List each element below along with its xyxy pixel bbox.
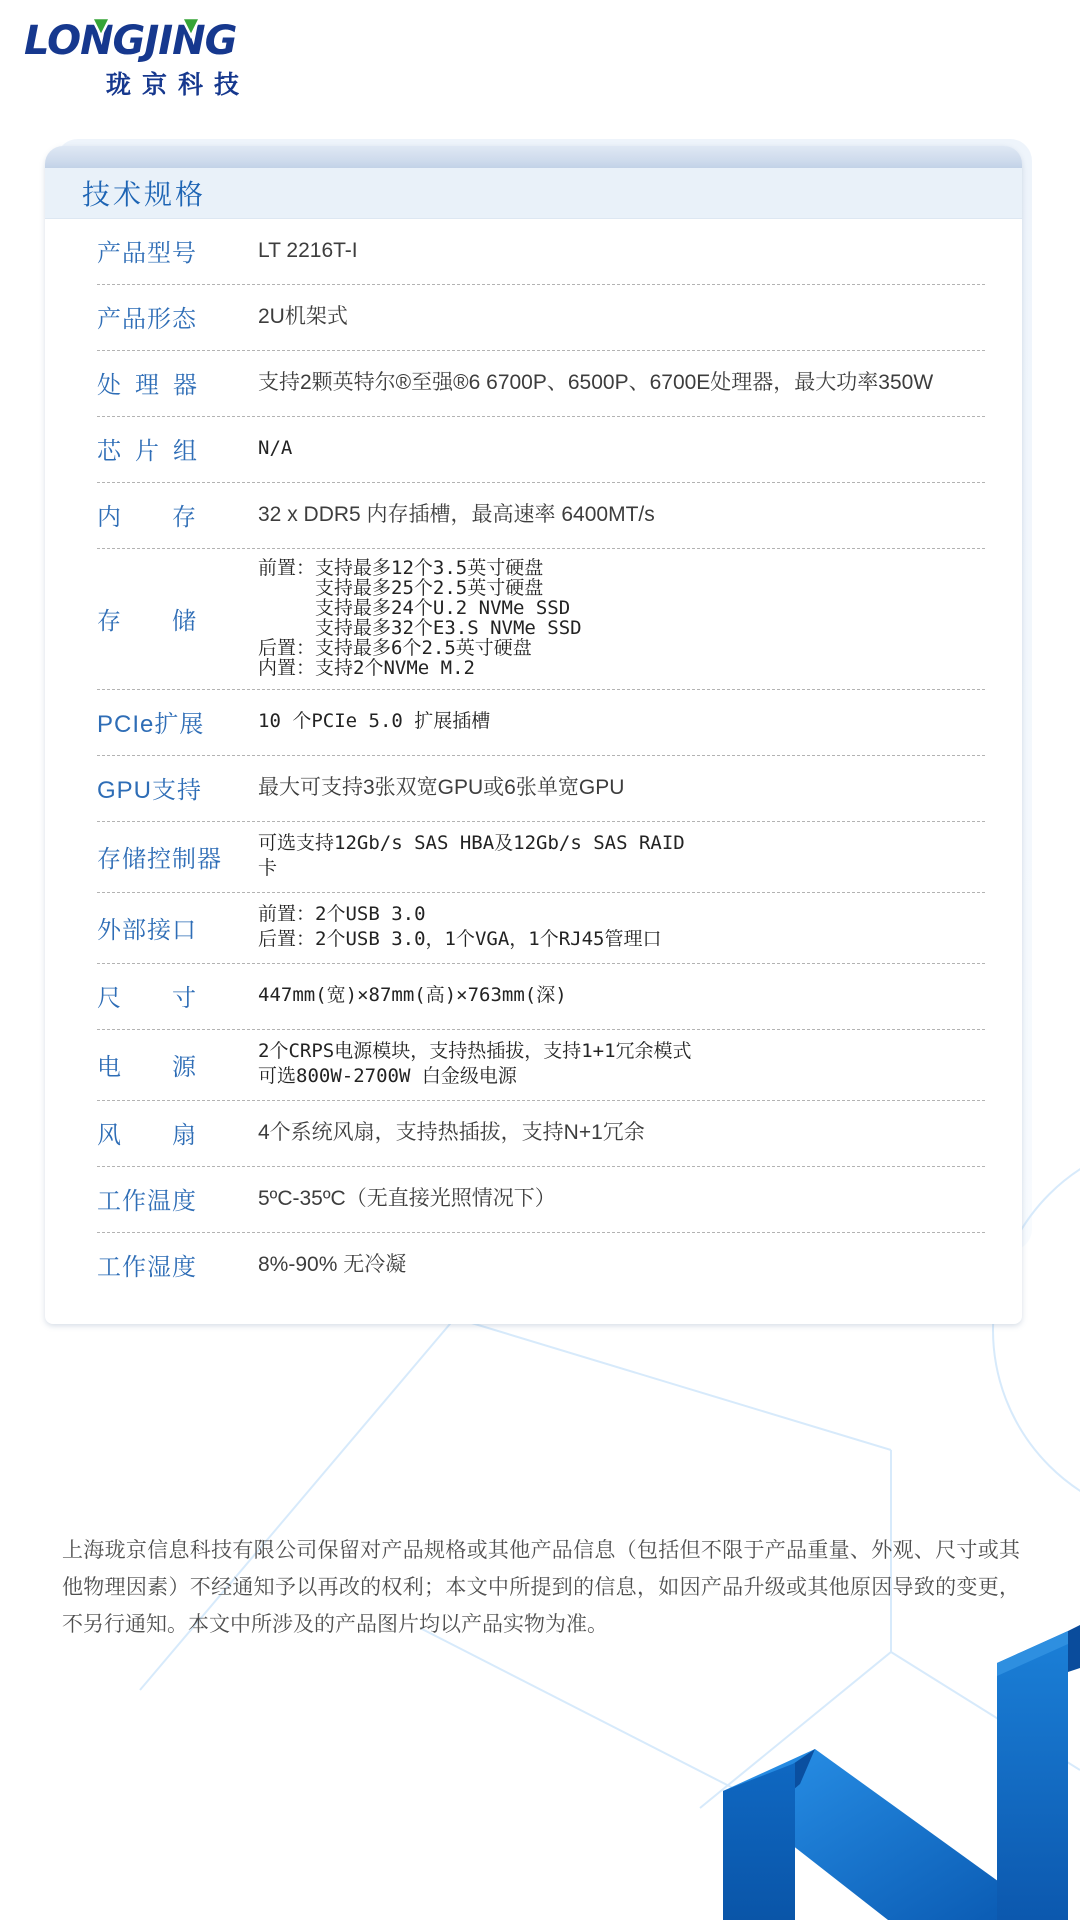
spec-row: 风 扇4个系统风扇，支持热插拔，支持N+1冗余 bbox=[97, 1101, 985, 1167]
spec-value-line: 2U机架式 bbox=[258, 303, 348, 331]
spec-row: PCIe扩展10 个PCIe 5.0 扩展插槽 bbox=[97, 690, 985, 756]
spec-value-line: 后置：支持最多6个2.5英寸硬盘 bbox=[258, 638, 582, 658]
spec-row: 处 理 器支持2颗英特尔®至强®6 6700P、6500P、6700E处理器，最… bbox=[97, 351, 985, 417]
logo-wordmark-graphic: LONGJING bbox=[24, 12, 264, 64]
spec-value-line: 可选800W-2700W 白金级电源 bbox=[258, 1064, 692, 1089]
logo-subtitle: 珑京科技 bbox=[106, 65, 264, 101]
spec-row: 存储控制器可选支持12Gb/s SAS HBA及12Gb/s SAS RAID卡 bbox=[97, 822, 985, 893]
spec-value: 447mm(宽)×87mm(高)×763mm(深) bbox=[258, 983, 567, 1008]
spec-card: 技术规格 产品型号LT 2216T-I产品形态2U机架式处 理 器支持2颗英特尔… bbox=[45, 146, 1022, 1324]
card-header: 技术规格 bbox=[45, 168, 1022, 219]
spec-value: LT 2216T-I bbox=[258, 237, 358, 265]
spec-value: 2U机架式 bbox=[258, 303, 348, 331]
spec-row: GPU支持最大可支持3张双宽GPU或6张单宽GPU bbox=[97, 756, 985, 822]
spec-value-line: 前置：2个USB 3.0 bbox=[258, 902, 661, 927]
n-ribbon-graphic bbox=[723, 1625, 1080, 1920]
spec-value: 2个CRPS电源模块，支持热插拔，支持1+1冗余模式可选800W-2700W 白… bbox=[258, 1039, 692, 1089]
disclaimer-text: 上海珑京信息科技有限公司保留对产品规格或其他产品信息（包括但不限于产品重量、外观… bbox=[62, 1532, 1020, 1643]
spec-row: 芯 片 组N/A bbox=[97, 417, 985, 483]
card-title: 技术规格 bbox=[82, 173, 206, 213]
spec-label: 内 存 bbox=[97, 497, 258, 532]
page: { "logo": { "wordmark": "LONGJING", "sub… bbox=[0, 0, 1080, 1920]
spec-row: 存 储前置：支持最多12个3.5英寸硬盘支持最多25个2.5英寸硬盘支持最多24… bbox=[97, 549, 985, 690]
spec-value-line: 可选支持12Gb/s SAS HBA及12Gb/s SAS RAID bbox=[258, 831, 685, 856]
spec-label: GPU支持 bbox=[97, 770, 258, 805]
spec-label: 处 理 器 bbox=[97, 365, 258, 400]
spec-label: 存 储 bbox=[97, 601, 258, 636]
spec-value-line: 支持2颗英特尔®至强®6 6700P、6500P、6700E处理器，最大功率35… bbox=[258, 369, 933, 397]
spec-value-line: 10 个PCIe 5.0 扩展插槽 bbox=[258, 709, 490, 734]
card-header-band bbox=[45, 146, 1022, 168]
spec-label: 工作湿度 bbox=[97, 1247, 258, 1282]
spec-label: 工作温度 bbox=[97, 1181, 258, 1216]
spec-row: 外部接口前置：2个USB 3.0后置：2个USB 3.0，1个VGA，1个RJ4… bbox=[97, 893, 985, 964]
spec-label: 风 扇 bbox=[97, 1115, 258, 1150]
spec-row: 产品型号LT 2216T-I bbox=[97, 219, 985, 285]
spec-row: 工作湿度8%-90% 无冷凝 bbox=[97, 1233, 985, 1298]
logo: LONGJING 珑京科技 bbox=[24, 12, 264, 101]
spec-row: 内 存32 x DDR5 内存插槽，最高速率 6400MT/s bbox=[97, 483, 985, 549]
spec-value-line: 后置：2个USB 3.0，1个VGA，1个RJ45管理口 bbox=[258, 927, 661, 952]
spec-row: 尺 寸447mm(宽)×87mm(高)×763mm(深) bbox=[97, 964, 985, 1030]
spec-label: 产品形态 bbox=[97, 299, 258, 334]
spec-label: 电 源 bbox=[97, 1047, 258, 1082]
spec-value-line: 支持最多32个E3.S NVMe SSD bbox=[315, 618, 582, 638]
spec-value-line: LT 2216T-I bbox=[258, 237, 358, 265]
spec-value: 可选支持12Gb/s SAS HBA及12Gb/s SAS RAID卡 bbox=[258, 831, 685, 881]
spec-table: 产品型号LT 2216T-I产品形态2U机架式处 理 器支持2颗英特尔®至强®6… bbox=[45, 219, 1022, 1324]
spec-value-line: 内置：支持2个NVMe M.2 bbox=[258, 658, 582, 678]
spec-value-line: 4个系统风扇，支持热插拔，支持N+1冗余 bbox=[258, 1119, 645, 1147]
spec-value-line: 支持最多24个U.2 NVMe SSD bbox=[315, 598, 582, 618]
spec-value-line: 32 x DDR5 内存插槽，最高速率 6400MT/s bbox=[258, 501, 655, 529]
spec-value-line: N/A bbox=[258, 436, 292, 461]
spec-value-line: 最大可支持3张双宽GPU或6张单宽GPU bbox=[258, 774, 624, 802]
spec-label: 存储控制器 bbox=[97, 839, 258, 874]
spec-value-line: 5ºC-35ºC（无直接光照情况下） bbox=[258, 1185, 556, 1213]
spec-value: 支持2颗英特尔®至强®6 6700P、6500P、6700E处理器，最大功率35… bbox=[258, 369, 933, 397]
spec-value-line: 支持最多25个2.5英寸硬盘 bbox=[315, 578, 582, 598]
spec-label: 尺 寸 bbox=[97, 978, 258, 1013]
spec-label: 芯 片 组 bbox=[97, 431, 258, 466]
spec-value-line: 8%-90% 无冷凝 bbox=[258, 1251, 406, 1279]
spec-value: 最大可支持3张双宽GPU或6张单宽GPU bbox=[258, 774, 624, 802]
spec-value: 32 x DDR5 内存插槽，最高速率 6400MT/s bbox=[258, 501, 655, 529]
spec-value: N/A bbox=[258, 436, 292, 461]
spec-label: 产品型号 bbox=[97, 233, 258, 268]
spec-row: 工作温度5ºC-35ºC（无直接光照情况下） bbox=[97, 1167, 985, 1233]
spec-value: 前置：2个USB 3.0后置：2个USB 3.0，1个VGA，1个RJ45管理口 bbox=[258, 902, 661, 952]
spec-value-line: 2个CRPS电源模块，支持热插拔，支持1+1冗余模式 bbox=[258, 1039, 692, 1064]
spec-value-line: 卡 bbox=[258, 856, 685, 881]
spec-value: 5ºC-35ºC（无直接光照情况下） bbox=[258, 1185, 556, 1213]
spec-row: 电 源2个CRPS电源模块，支持热插拔，支持1+1冗余模式可选800W-2700… bbox=[97, 1030, 985, 1101]
spec-value: 8%-90% 无冷凝 bbox=[258, 1251, 406, 1279]
logo-wordmark: LONGJING bbox=[24, 18, 237, 64]
spec-label: PCIe扩展 bbox=[97, 704, 258, 739]
spec-value: 4个系统风扇，支持热插拔，支持N+1冗余 bbox=[258, 1119, 645, 1147]
spec-row: 产品形态2U机架式 bbox=[97, 285, 985, 351]
spec-value: 10 个PCIe 5.0 扩展插槽 bbox=[258, 709, 490, 734]
spec-label: 外部接口 bbox=[97, 910, 258, 945]
spec-value-line: 447mm(宽)×87mm(高)×763mm(深) bbox=[258, 983, 567, 1008]
spec-value-line: 前置：支持最多12个3.5英寸硬盘 bbox=[258, 558, 582, 578]
spec-value: 前置：支持最多12个3.5英寸硬盘支持最多25个2.5英寸硬盘支持最多24个U.… bbox=[258, 558, 582, 678]
